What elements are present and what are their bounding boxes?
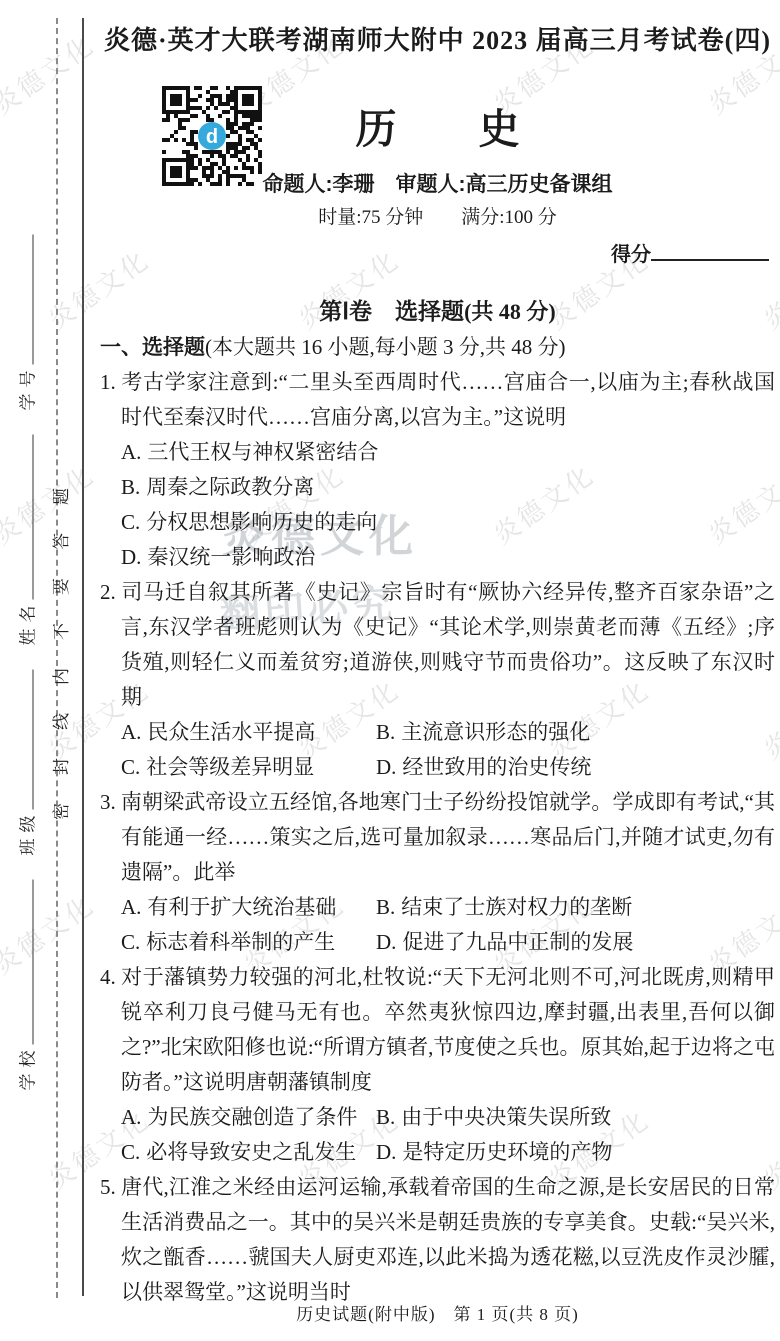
option-label: C. — [121, 510, 140, 534]
option-text: 民众生活水平提高 — [147, 720, 315, 744]
subject-title: 历 史 — [100, 96, 775, 155]
option-b: B.主流意识形态的强化 — [376, 715, 775, 750]
page-content: 炎德·英才大联考湖南师大附中 2023 届高三月考试卷(四) d 历 史 命题人… — [100, 0, 775, 1341]
field-student-number: 学号 — [19, 235, 38, 411]
option-text: 周秦之际政教分离 — [146, 475, 314, 499]
duration-score-line: 时量:75 分钟 满分:100 分 — [100, 202, 775, 229]
question-3: 3.南朝梁武帝设立五经馆,各地寒门士子纷纷投馆就学。学成即有考试,“其有能通一经… — [100, 785, 775, 960]
question-2: 2.司马迁自叙其所著《史记》宗旨时有“厥协六经异传,整齐百家杂语”之言,东汉学者… — [100, 575, 775, 785]
watermark-text: 炎德文化 — [0, 25, 101, 122]
seal-notice: 密封线内不要答题 — [50, 430, 74, 820]
field-name-label: 姓名 — [19, 600, 38, 646]
question-number: 5. — [100, 1175, 116, 1199]
option-row: A.为民族交融创造了条件 B.由于中央决策失误所致 — [100, 1100, 775, 1135]
setters-line: 命题人:李珊 审题人:高三历史备课组 — [100, 168, 775, 198]
option-text: 促进了九品中正制的发展 — [402, 930, 633, 954]
question-stem: 4.对于藩镇势力较强的河北,杜牧说:“天下无河北则不可,河北既虏,则精甲锐卒利刀… — [100, 960, 775, 1100]
option-label: A. — [121, 440, 141, 464]
question-body: 一、选择题(本大题共 16 小题,每小题 3 分,共 48 分) 1.考古学家注… — [100, 330, 775, 1310]
field-name-blank — [16, 435, 33, 600]
question-stem: 1.考古学家注意到:“二里头至西周时代……宫庙合一,以庙为主;春秋战国时代至秦汉… — [100, 365, 775, 435]
option-a: A.民众生活水平提高 — [121, 715, 376, 750]
question-number: 1. — [100, 370, 116, 394]
option-label: D. — [376, 755, 396, 779]
field-class-label: 班级 — [19, 810, 38, 856]
option-label: A. — [121, 1105, 141, 1129]
option-label: D. — [376, 930, 396, 954]
question-stem-text: 南朝梁武帝设立五经馆,各地寒门士子纷纷投馆就学。学成即有考试,“其有能通一经……… — [121, 790, 775, 884]
option-c: C.标志着科举制的产生 — [121, 925, 376, 960]
field-school-label: 学校 — [19, 1045, 38, 1091]
question-stem-text: 唐代,江淮之米经由运河运输,承载着帝国的生命之源,是长安居民的日常生活消费品之一… — [121, 1175, 775, 1304]
field-class: 班级 — [19, 670, 38, 856]
option-text: 标志着科举制的产生 — [146, 930, 335, 954]
option-a: A.为民族交融创造了条件 — [121, 1100, 376, 1135]
seal-line-solid — [82, 18, 84, 1296]
option-c: C.分权思想影响历史的走向 — [100, 505, 775, 540]
option-label: D. — [121, 545, 141, 569]
option-row: C.社会等级差异明显 D.经世致用的治史传统 — [100, 750, 775, 785]
sidebar-student-fields: 学校班级姓名学号 — [11, 218, 47, 1091]
option-text: 是特定历史环境的产物 — [402, 1140, 612, 1164]
field-school: 学校 — [19, 880, 38, 1091]
option-label: B. — [121, 475, 140, 499]
field-student-number-blank — [16, 235, 33, 365]
field-name: 姓名 — [19, 435, 38, 646]
option-label: A. — [121, 895, 141, 919]
option-d: D.促进了九品中正制的发展 — [376, 925, 775, 960]
part-title-rest: (本大题共 16 小题,每小题 3 分,共 48 分) — [205, 335, 566, 359]
field-student-number-label: 学号 — [19, 365, 38, 411]
option-label: B. — [376, 895, 395, 919]
option-label: C. — [121, 755, 140, 779]
question-number: 2. — [100, 580, 116, 604]
option-text: 三代王权与神权紧密结合 — [147, 440, 378, 464]
question-stem-text: 考古学家注意到:“二里头至西周时代……宫庙合一,以庙为主;春秋战国时代至秦汉时代… — [121, 370, 775, 429]
option-text: 主流意识形态的强化 — [401, 720, 590, 744]
option-text: 秦汉统一影响政治 — [147, 545, 315, 569]
option-a: A.有利于扩大统治基础 — [121, 890, 376, 925]
option-text: 有利于扩大统治基础 — [147, 895, 336, 919]
option-label: B. — [376, 1105, 395, 1129]
option-text: 为民族交融创造了条件 — [147, 1105, 357, 1129]
option-c: C.社会等级差异明显 — [121, 750, 376, 785]
option-d: D.秦汉统一影响政治 — [100, 540, 775, 575]
volume-title-main: 第Ⅰ卷 选择题 — [319, 298, 464, 324]
score-row: 得分 — [611, 238, 769, 267]
exam-title: 炎德·英才大联考湖南师大附中 2023 届高三月考试卷(四) — [100, 20, 775, 57]
option-d: D.是特定历史环境的产物 — [376, 1135, 775, 1170]
part-title: 一、选择题(本大题共 16 小题,每小题 3 分,共 48 分) — [100, 330, 775, 365]
option-d: D.经世致用的治史传统 — [376, 750, 775, 785]
option-label: C. — [121, 930, 140, 954]
part-title-bold: 一、选择题 — [100, 336, 205, 359]
option-label: B. — [376, 720, 395, 744]
footer-page-info: 历史试题(附中版) 第 1 页(共 8 页) — [100, 1300, 775, 1325]
question-1: 1.考古学家注意到:“二里头至西周时代……宫庙合一,以庙为主;春秋战国时代至秦汉… — [100, 365, 775, 575]
option-row: C.标志着科举制的产生 D.促进了九品中正制的发展 — [100, 925, 775, 960]
question-stem: 5.唐代,江淮之米经由运河运输,承载着帝国的生命之源,是长安居民的日常生活消费品… — [100, 1170, 775, 1310]
option-label: C. — [121, 1140, 140, 1164]
question-stem-text: 对于藩镇势力较强的河北,杜牧说:“天下无河北则不可,河北既虏,则精甲锐卒利刀良弓… — [121, 965, 775, 1094]
question-number: 4. — [100, 965, 116, 989]
option-b: B.由于中央决策失误所致 — [376, 1100, 775, 1135]
volume-title: 第Ⅰ卷 选择题(共 48 分) — [100, 293, 775, 326]
option-a: A.三代王权与神权紧密结合 — [100, 435, 775, 470]
option-row: A.民众生活水平提高 B.主流意识形态的强化 — [100, 715, 775, 750]
option-text: 必将导致安史之乱发生 — [146, 1140, 356, 1164]
option-text: 由于中央决策失误所致 — [401, 1105, 611, 1129]
score-label: 得分 — [611, 244, 651, 266]
option-c: C.必将导致安史之乱发生 — [121, 1135, 376, 1170]
option-text: 结束了士族对权力的垄断 — [401, 895, 632, 919]
question-stem-text: 司马迁自叙其所著《史记》宗旨时有“厥协六经异传,整齐百家杂语”之言,东汉学者班彪… — [121, 580, 775, 709]
option-label: A. — [121, 720, 141, 744]
option-text: 分权思想影响历史的走向 — [146, 510, 377, 534]
option-b: B.周秦之际政教分离 — [100, 470, 775, 505]
question-number: 3. — [100, 790, 116, 814]
field-class-blank — [16, 670, 33, 810]
question-5: 5.唐代,江淮之米经由运河运输,承载着帝国的生命之源,是长安居民的日常生活消费品… — [100, 1170, 775, 1310]
question-stem: 2.司马迁自叙其所著《史记》宗旨时有“厥协六经异传,整齐百家杂语”之言,东汉学者… — [100, 575, 775, 715]
volume-title-paren: (共 48 分) — [464, 299, 556, 324]
option-row: A.有利于扩大统治基础 B.结束了士族对权力的垄断 — [100, 890, 775, 925]
option-text: 经世致用的治史传统 — [402, 755, 591, 779]
question-4: 4.对于藩镇势力较强的河北,杜牧说:“天下无河北则不可,河北既虏,则精甲锐卒利刀… — [100, 960, 775, 1170]
question-stem: 3.南朝梁武帝设立五经馆,各地寒门士子纷纷投馆就学。学成即有考试,“其有能通一经… — [100, 785, 775, 890]
option-label: D. — [376, 1140, 396, 1164]
score-blank — [651, 255, 769, 261]
option-b: B.结束了士族对权力的垄断 — [376, 890, 775, 925]
option-row: C.必将导致安史之乱发生 D.是特定历史环境的产物 — [100, 1135, 775, 1170]
field-school-blank — [16, 880, 33, 1045]
option-text: 社会等级差异明显 — [146, 755, 314, 779]
